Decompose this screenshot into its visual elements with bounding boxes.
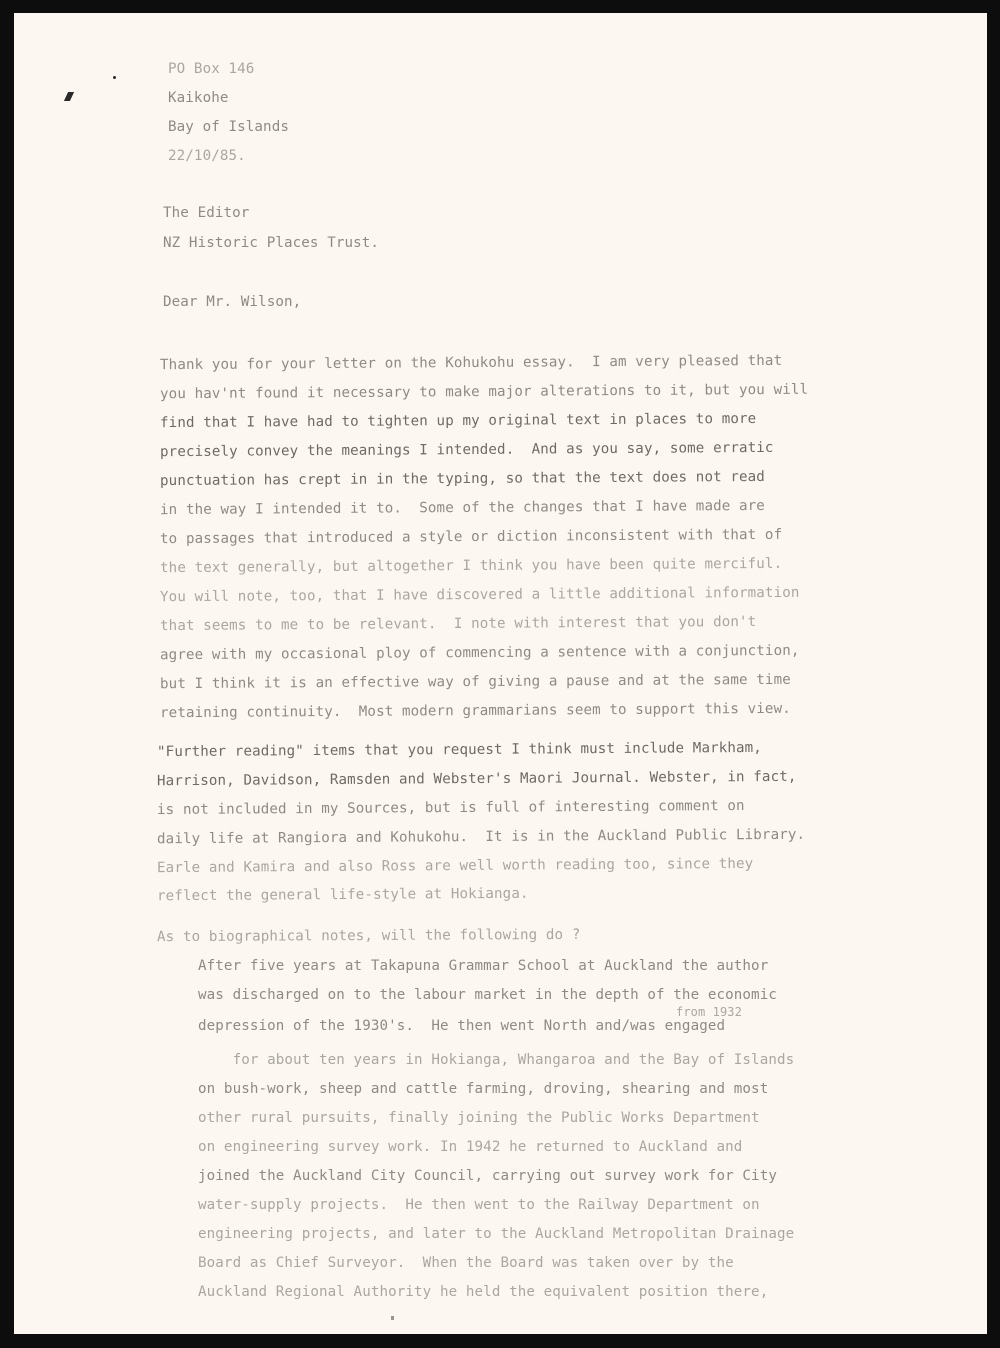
biography-line: Board as Chief Surveyor. When the Board … [198, 1256, 734, 1270]
paragraph-line: reflect the general life-style at Hokian… [157, 887, 529, 904]
paragraph-line: agree with my occasional ploy of commenc… [160, 644, 800, 663]
biography-line: Auckland Regional Authority he held the … [198, 1285, 768, 1299]
paragraph-line: you hav'nt found it necessary to make ma… [160, 383, 808, 402]
salutation: Dear Mr. Wilson, [163, 295, 301, 309]
biography-line: After five years at Takapuna Grammar Sch… [198, 959, 768, 973]
paragraph-line: punctuation has crept in in the typing, … [160, 470, 765, 488]
paragraph-line: in the way I intended it to. Some of the… [160, 499, 765, 517]
biography-line: joined the Auckland City Council, carryi… [198, 1169, 777, 1183]
biography-line: for about ten years in Hokianga, Whangar… [198, 1053, 794, 1067]
recipient-line2: NZ Historic Places Trust. [163, 236, 379, 250]
letter-page: PO Box 146 Kaikohe Bay of Islands 22/10/… [14, 13, 987, 1334]
sender-address-line2: Kaikohe [168, 91, 229, 105]
biography-line: was discharged on to the labour market i… [198, 988, 777, 1002]
ink-smudge [64, 92, 74, 101]
paragraph-line: to passages that introduced a style or d… [160, 528, 782, 547]
biography-line: depression of the 1930's. He then went N… [198, 1019, 725, 1033]
ink-speck [113, 76, 116, 79]
ink-speck [391, 1316, 394, 1320]
interlinear-insertion: from 1932 [676, 1006, 742, 1018]
biography-line: on engineering survey work. In 1942 he r… [198, 1140, 742, 1154]
paragraph-line: Thank you for your letter on the Kohukoh… [160, 354, 782, 373]
sender-address-line1: PO Box 146 [168, 62, 254, 76]
letter-date: 22/10/85. [168, 149, 246, 163]
paragraph-line: that seems to me to be relevant. I note … [160, 615, 756, 633]
paragraph-line: is not included in my Sources, but is fu… [157, 799, 745, 817]
paragraph-line: Earle and Kamira and also Ross are well … [157, 857, 753, 875]
paragraph-line: but I think it is an effective way of gi… [160, 673, 791, 692]
biography-line: water-supply projects. He then went to t… [198, 1198, 760, 1212]
paragraph-line: daily life at Rangiora and Kohukohu. It … [157, 828, 805, 847]
paragraph-line: You will note, too, that I have discover… [160, 586, 800, 605]
biography-line: other rural pursuits, finally joining th… [198, 1111, 760, 1125]
paragraph-line: retaining continuity. Most modern gramma… [160, 702, 791, 721]
biography-line: on bush-work, sheep and cattle farming, … [198, 1082, 768, 1096]
biographical-notes-intro: As to biographical notes, will the follo… [157, 928, 581, 944]
sender-address-line3: Bay of Islands [168, 120, 289, 134]
paragraph-line: "Further reading" items that you request… [157, 741, 762, 759]
paragraph-line: precisely convey the meanings I intended… [160, 441, 774, 459]
paragraph-line: the text generally, but altogether I thi… [160, 557, 782, 576]
paragraph-line: find that I have had to tighten up my or… [160, 412, 756, 430]
recipient-line1: The Editor [163, 206, 249, 220]
paragraph-line: Harrison, Davidson, Ramsden and Webster'… [157, 770, 797, 789]
biography-line: engineering projects, and later to the A… [198, 1227, 794, 1241]
